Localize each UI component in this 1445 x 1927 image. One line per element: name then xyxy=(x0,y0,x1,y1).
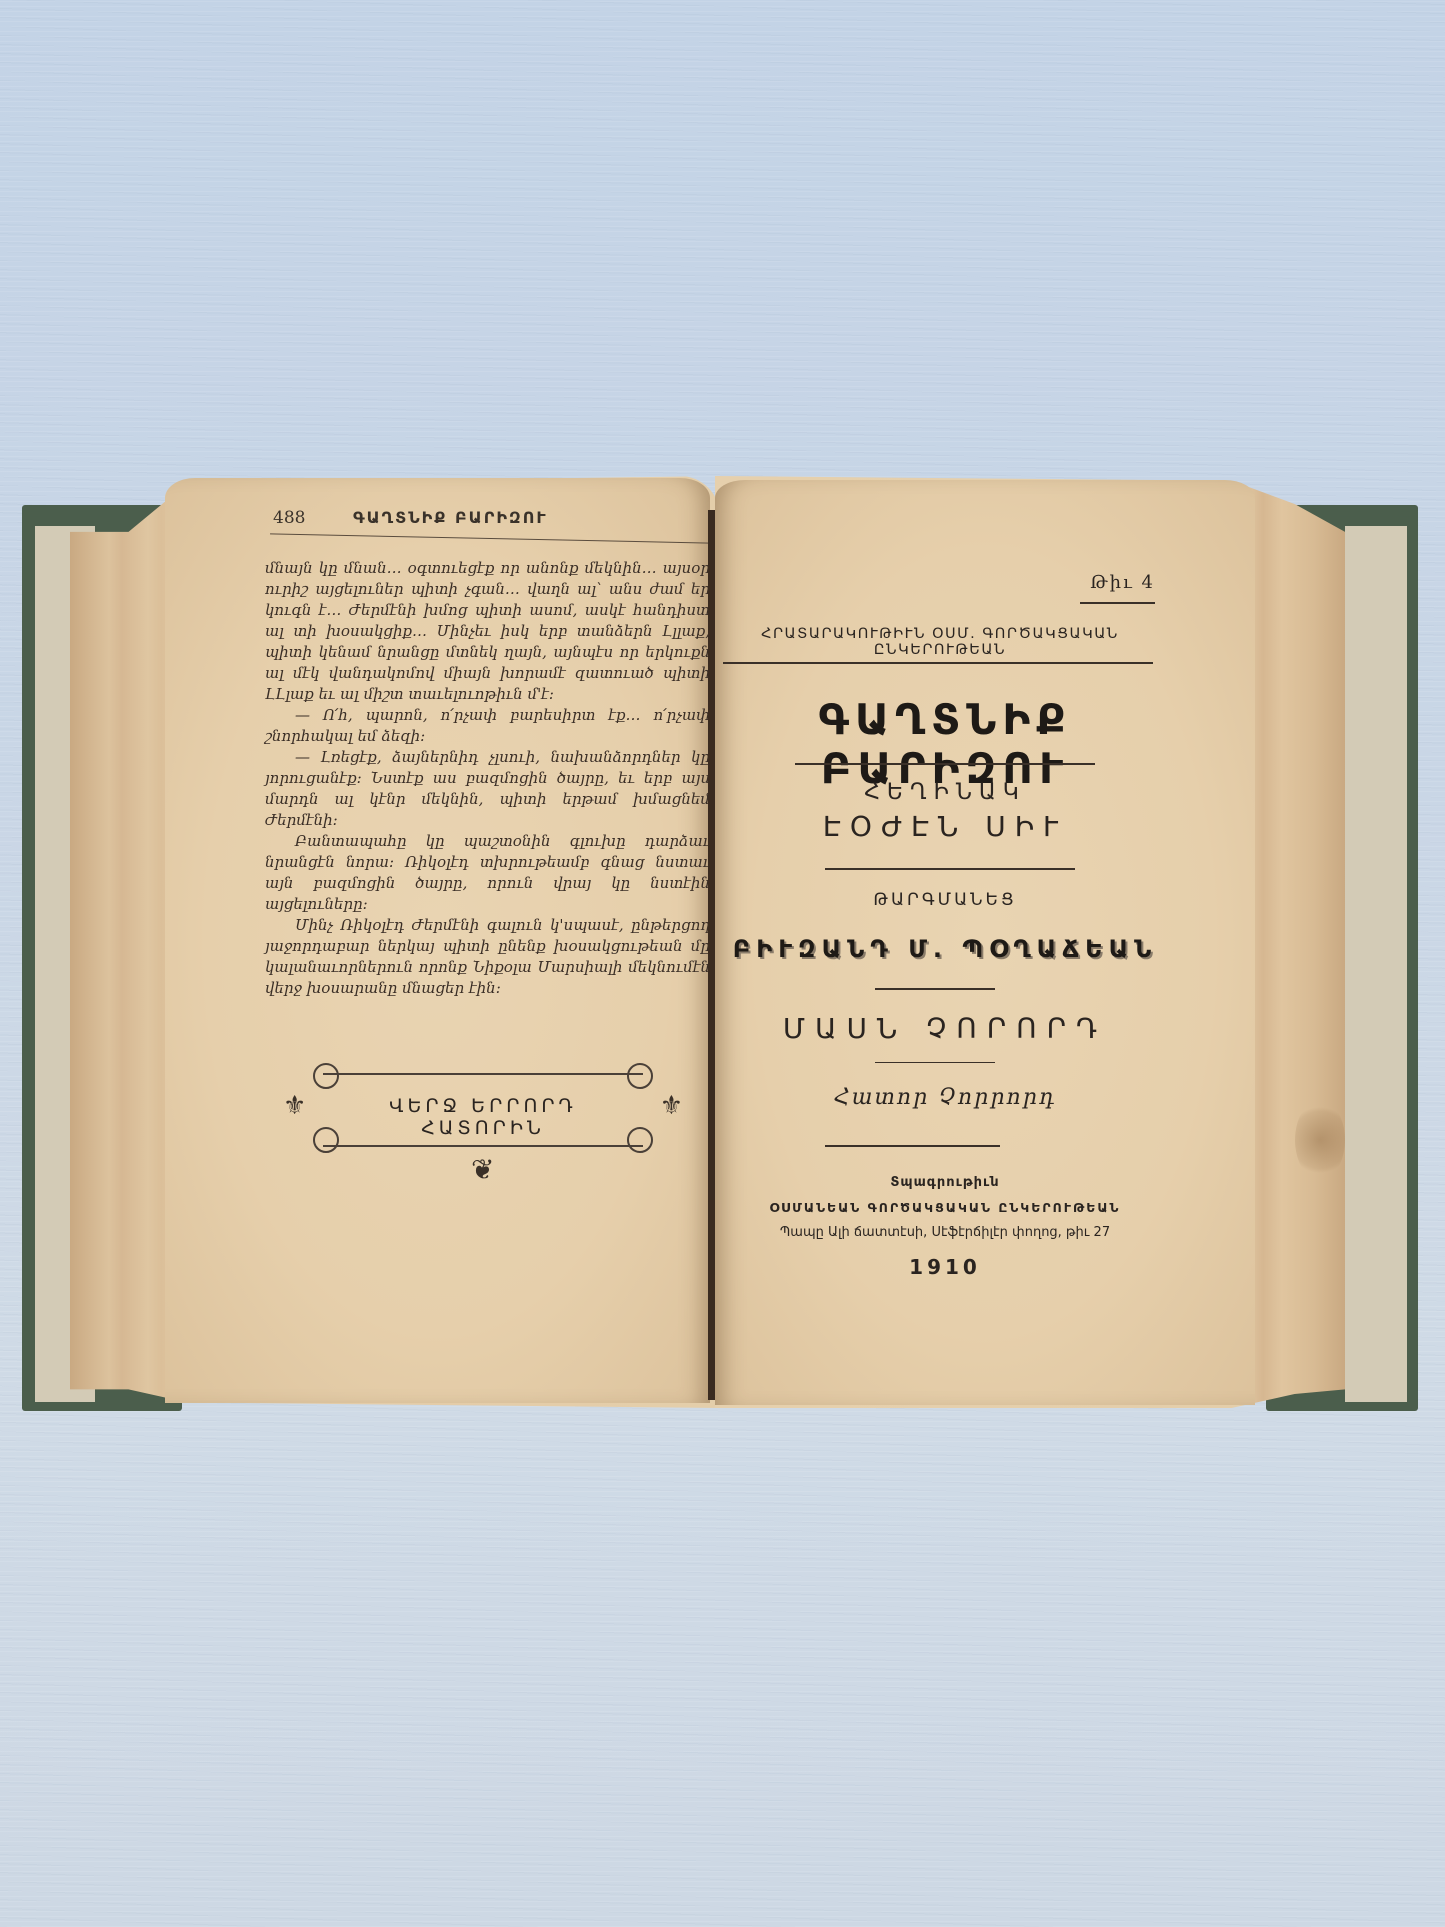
endpaper-right xyxy=(1345,526,1407,1402)
paragraph: Բանտապահը կը պաշտօնին գլուխը դարձաւ նրան… xyxy=(265,831,710,915)
volume-title: Հատոր Չորրորդ xyxy=(715,1085,1175,1110)
left-page: 488 ԳԱՂՏՆԻՔ ԲԱՐԻԶՈՒ մնայն կը մնան… օգտու… xyxy=(165,478,710,1403)
paragraph: — Լռեցէք, ձայներնիդ չլսուի, նախանձորդներ… xyxy=(265,747,710,831)
running-head: 488 ԳԱՂՏՆԻՔ ԲԱՐԻԶՈՒ xyxy=(273,508,713,528)
series-number: Թիւ 4 xyxy=(1090,572,1155,593)
translator-name: ԲԻՒԶԱՆԴ Մ. ՊՕՂԱՃԵԱՆ xyxy=(715,935,1175,963)
end-ornament-frame: ⚜ ⚜ ՎԵՐՋ ԵՐՐՈՐԴ ՀԱՏՈՐԻՆ ❦ xyxy=(293,1063,673,1153)
ornamental-rule xyxy=(825,1145,1000,1147)
ornamental-rule xyxy=(875,988,995,990)
foxing-stain xyxy=(1295,1100,1345,1180)
ornamental-rule xyxy=(825,868,1075,870)
publisher-header: ՀՐԱՏԱՐԱԿՈՒԹԻՒՆ ՕՍՄ. ԳՈՐԾԱԿՑԱԿԱՆ ԸՆԿԵՐՈՒԹ… xyxy=(720,626,1160,658)
printer-name: ՕՍՄԱՆԵԱՆ ԳՈՐԾԱԿՑԱԿԱՆ ԸՆԿԵՐՈՒԹԵԱՆ xyxy=(715,1200,1175,1215)
body-text: մնայն կը մնան… օգտուեցէք որ անոնք մեկնին… xyxy=(265,558,710,999)
fleuron-icon: ❦ xyxy=(471,1153,494,1186)
title-page: Թիւ 4 ՀՐԱՏԱՐԱԿՈՒԹԻՒՆ ՕՍՄ. ԳՈՐԾԱԿՑԱԿԱՆ ԸՆ… xyxy=(715,480,1255,1405)
publication-year: 1910 xyxy=(715,1255,1175,1279)
paragraph: — Ո՛հ, պարոն, ո՛րչափ բարեսիրտ էք… ո՛րչափ… xyxy=(265,705,710,747)
printer-address: Պապը Ալի ճատտէսի, Սէֆէրճիլէր փողոց, թիւ … xyxy=(715,1225,1175,1240)
printer-label: Տպագրութիւն xyxy=(715,1175,1175,1190)
end-of-volume-text: ՎԵՐՋ ԵՐՐՈՐԴ ՀԱՏՈՐԻՆ xyxy=(333,1095,633,1139)
paragraph: Մինչ Ռիկօլէդ Ժերմէնի գալուն կ'սպասէ, ընթ… xyxy=(265,915,710,999)
right-page: Թիւ 4 ՀՐԱՏԱՐԱԿՈՒԹԻՒՆ ՕՍՄ. ԳՈՐԾԱԿՑԱԿԱՆ ԸՆ… xyxy=(715,480,1255,1405)
fleur-de-lis-icon: ⚜ xyxy=(660,1091,683,1121)
ornamental-rule xyxy=(795,763,1095,765)
header-rule xyxy=(270,533,710,543)
series-rule xyxy=(1080,602,1155,604)
fleur-de-lis-icon: ⚜ xyxy=(283,1091,306,1121)
scroll-curl-icon xyxy=(313,1063,339,1089)
publisher-rule xyxy=(723,662,1153,664)
plain-rule xyxy=(875,1062,995,1063)
page-number: 488 xyxy=(273,508,353,528)
author-name: ԷՕԺԷՆ ՍԻՒ xyxy=(715,810,1175,843)
translator-label: ԹԱՐԳՄԱՆԵՑ xyxy=(715,890,1175,910)
paragraph: մնայն կը մնան… օգտուեցէք որ անոնք մեկնին… xyxy=(265,558,710,705)
book-title: ԳԱՂՏՆԻՔ ԲԱՐԻԶՈՒ xyxy=(715,695,1175,793)
scroll-curl-icon xyxy=(627,1063,653,1089)
running-title: ԳԱՂՏՆԻՔ ԲԱՐԻԶՈՒ xyxy=(353,508,548,528)
author-label: ՀԵՂԻՆԱԿ xyxy=(715,780,1175,805)
part-title: ՄԱՍՆ ՉՈՐՈՐԴ xyxy=(715,1012,1175,1045)
